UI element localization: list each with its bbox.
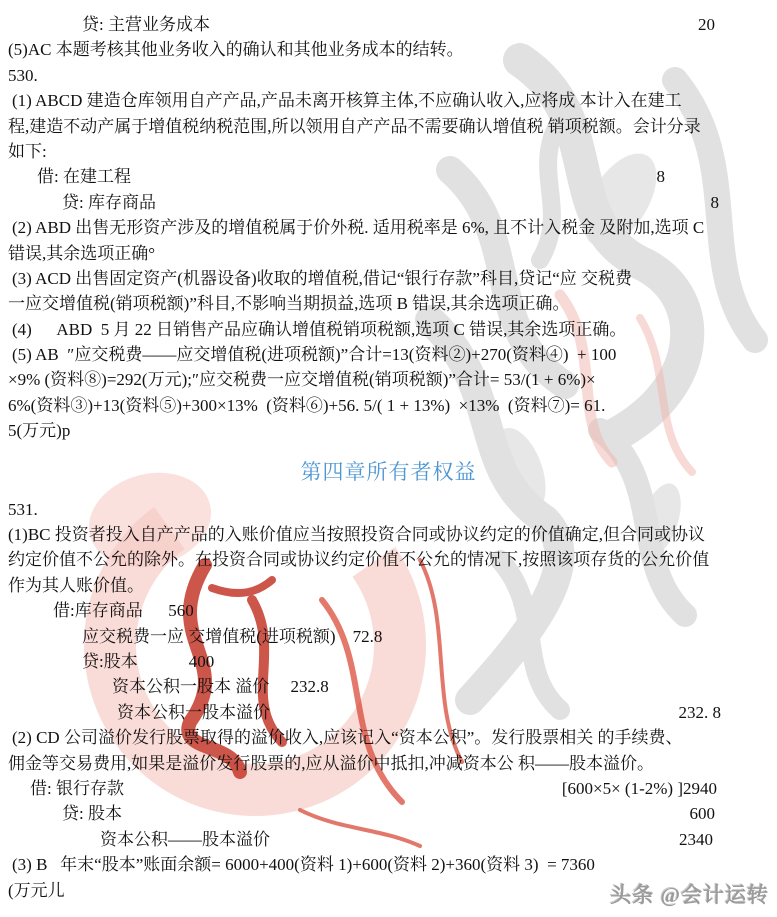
doc-line: (5) AB ″应交税费——应交增值税(进项税额)”合计=13(资料②)+270… <box>0 342 777 367</box>
doc-line-amount: 8 <box>657 164 666 189</box>
doc-line: 如下: <box>0 139 777 164</box>
doc-line-text: 贷:股本 400 <box>82 652 214 671</box>
doc-line-text: 资本公积一股本溢价 <box>117 703 270 722</box>
doc-line: 贷:股本 400 <box>0 649 777 674</box>
doc-line-text: 贷: 主营业务成本 <box>82 15 210 34</box>
doc-line-text: 资本公积——股本溢价 <box>100 830 270 849</box>
doc-line-amount: 8 <box>711 190 720 215</box>
doc-line-text: (2) CD 公司溢价发行股票取得的溢价收入,应该记入“资本公积”。发行股票相关… <box>12 728 683 747</box>
doc-line-amount: 600 <box>690 801 716 826</box>
doc-line-text: 资本公积一股本 溢价 232.8 <box>112 677 329 696</box>
doc-line-text: 借: 在建工程 <box>37 167 131 186</box>
doc-line: (4) ABD 5 月 22 日销售产品应确认增值税销项税额,选项 C 错误,其… <box>0 317 777 342</box>
doc-line: 程,建造不动产属于增值税纳税范围,所以领用自产产品不需要确认增值税 销项税额。会… <box>0 114 777 139</box>
doc-line-text: 531. <box>8 500 38 519</box>
doc-line-amount: 232. 8 <box>679 700 722 725</box>
document-page: 贷: 主营业务成本20(5)AC 本题考核其他业务收入的确认和其他业务成本的结转… <box>0 0 777 917</box>
doc-line: 贷: 主营业务成本20 <box>0 12 777 37</box>
doc-line-text: 一应交增值税(销项税额)”科目,不影响当期损益,选项 B 错误,其余选项正确。 <box>8 294 569 313</box>
doc-line: 530. <box>0 63 777 88</box>
doc-line: (2) ABD 出售无形资产涉及的增值税属于价外税. 适用税率是 6%, 且不计… <box>0 215 777 240</box>
doc-line: 作为其人账价值。 <box>0 573 777 598</box>
doc-line-text: (2) ABD 出售无形资产涉及的增值税属于价外税. 适用税率是 6%, 且不计… <box>12 218 704 237</box>
doc-line: (5)AC 本题考核其他业务收入的确认和其他业务成本的结转。 <box>0 37 777 62</box>
doc-line: 一应交增值税(销项税额)”科目,不影响当期损益,选项 B 错误,其余选项正确。 <box>0 291 777 316</box>
doc-line-text: 错误,其余选项正确° <box>8 244 155 263</box>
doc-line: 资本公积一股本溢价232. 8 <box>0 700 777 725</box>
chapter-heading: 第四章所有者权益 <box>0 457 777 487</box>
doc-line-amount: [600×5× (1-2%) ]2940 <box>562 776 717 801</box>
doc-line-text: ×9% (资料⑧)=292(万元);″应交税费一应交增值税(销项税额)”合计= … <box>8 370 596 389</box>
doc-line: 贷: 股本600 <box>0 801 777 826</box>
document-lines: 贷: 主营业务成本20(5)AC 本题考核其他业务收入的确认和其他业务成本的结转… <box>0 0 777 903</box>
doc-line: (3) B 年末“股本”账面余额= 6000+400(资料 1)+600(资料 … <box>0 852 777 877</box>
doc-line: 贷: 库存商品8 <box>0 190 777 215</box>
doc-line-text: (1)BC 投资者投入自产产品的入账价值应当按照投资合同或协议约定的价值确定,但… <box>8 525 705 544</box>
doc-line-amount: 20 <box>698 12 715 37</box>
doc-line-text: 作为其人账价值。 <box>8 576 144 595</box>
doc-line: 借: 银行存款[600×5× (1-2%) ]2940 <box>0 776 777 801</box>
doc-line-text: 佣金等交易费用,如果是溢价发行股票的,应从溢价中抵扣,冲减资本公 积——股本溢价… <box>8 754 654 773</box>
doc-line-text: (万元儿 <box>8 881 65 900</box>
doc-line-text: 6%(资料③)+13(资料⑤)+300×13% (资料⑥)+56. 5/( 1 … <box>8 396 605 415</box>
doc-line-text: (4) ABD 5 月 22 日销售产品应确认增值税销项税额,选项 C 错误,其… <box>12 320 626 339</box>
doc-line-text: 借: 银行存款 <box>30 779 124 798</box>
doc-line: (万元儿 <box>0 878 777 903</box>
doc-line-text: 5(万元)p <box>8 421 70 440</box>
doc-line-text: 借:库存商品 560 <box>53 601 194 620</box>
doc-line-text: (1) ABCD 建造仓库领用自产产品,产品未离开核算主体,不应确认收入,应将成… <box>12 91 682 110</box>
doc-line: (2) CD 公司溢价发行股票取得的溢价收入,应该记入“资本公积”。发行股票相关… <box>0 725 777 750</box>
doc-line-amount: 2340 <box>679 827 713 852</box>
doc-line: 应交税费一应 交增值税(进项税额) 72.8 <box>0 624 777 649</box>
doc-line: (1) ABCD 建造仓库领用自产产品,产品未离开核算主体,不应确认收入,应将成… <box>0 88 777 113</box>
doc-line: 5(万元)p <box>0 418 777 443</box>
doc-line: (1)BC 投资者投入自产产品的入账价值应当按照投资合同或协议约定的价值确定,但… <box>0 522 777 547</box>
doc-line: 531. <box>0 497 777 522</box>
doc-line: ×9% (资料⑧)=292(万元);″应交税费一应交增值税(销项税额)”合计= … <box>0 367 777 392</box>
doc-line: (3) ACD 出售固定资产(机器设备)收取的增值税,借记“银行存款”科目,贷记… <box>0 266 777 291</box>
doc-line: 约定价值不公允的除外。在投资合同或协议约定价值不公允的情况下,按照该项存货的公允… <box>0 547 777 572</box>
doc-line-text: 530. <box>8 66 38 85</box>
doc-line-text: (5) AB ″应交税费——应交增值税(进项税额)”合计=13(资料②)+270… <box>12 345 616 364</box>
doc-line-text: (5)AC 本题考核其他业务收入的确认和其他业务成本的结转。 <box>8 40 464 59</box>
doc-line-text: 贷: 库存商品 <box>62 193 156 212</box>
doc-line: 6%(资料③)+13(资料⑤)+300×13% (资料⑥)+56. 5/( 1 … <box>0 393 777 418</box>
doc-line-text: 如下: <box>8 142 47 161</box>
doc-line-text: 应交税费一应 交增值税(进项税额) 72.8 <box>82 627 382 646</box>
doc-line: 借:库存商品 560 <box>0 598 777 623</box>
doc-line: 借: 在建工程8 <box>0 164 777 189</box>
doc-line-text: (3) B 年末“股本”账面余额= 6000+400(资料 1)+600(资料 … <box>12 855 595 874</box>
doc-line-text: 贷: 股本 <box>62 804 122 823</box>
doc-line-text: 约定价值不公允的除外。在投资合同或协议约定价值不公允的情况下,按照该项存货的公允… <box>8 550 709 569</box>
doc-line: 资本公积一股本 溢价 232.8 <box>0 674 777 699</box>
doc-line: 资本公积——股本溢价2340 <box>0 827 777 852</box>
doc-line: 佣金等交易费用,如果是溢价发行股票的,应从溢价中抵扣,冲减资本公 积——股本溢价… <box>0 751 777 776</box>
doc-line-text: 程,建造不动产属于增值税纳税范围,所以领用自产产品不需要确认增值税 销项税额。会… <box>8 117 701 136</box>
doc-line: 错误,其余选项正确° <box>0 241 777 266</box>
doc-line-text: (3) ACD 出售固定资产(机器设备)收取的增值税,借记“银行存款”科目,贷记… <box>12 269 632 288</box>
